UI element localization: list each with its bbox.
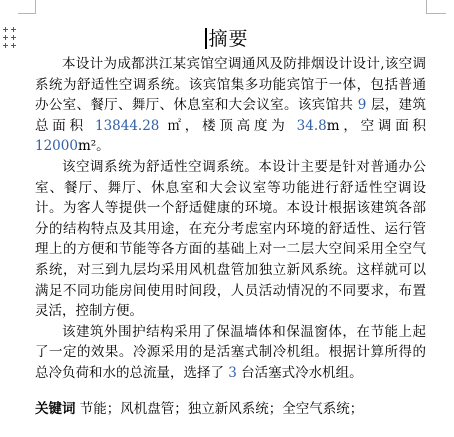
paragraph-envelope-chiller[interactable]: 该建筑外围护结构采用了保温墙体和保温窗体，在节能上起了一定的效果。冷源采用的是活… bbox=[35, 322, 426, 384]
page-margin-crop-mark-right-icon bbox=[426, 0, 446, 14]
text-run-normal: m²。 bbox=[78, 138, 110, 154]
text-run-normal: m，空调面积 bbox=[327, 118, 426, 134]
drag-handle-dot bbox=[11, 43, 16, 48]
document-page[interactable]: 摘要 本设计为成都洪江某宾馆空调通风及防排烟设计设计,该空调系统为舒适性空调系统… bbox=[0, 0, 454, 437]
page-margin-crop-mark-left-icon bbox=[18, 0, 36, 14]
keywords-line[interactable]: 关键词 节能；风机盘管；独立新风系统；全空气系统； bbox=[35, 399, 426, 420]
drag-handle-dot bbox=[11, 35, 16, 40]
text-run-normal: 台活塞式冷水机组。 bbox=[237, 365, 363, 381]
drag-handle-icon[interactable] bbox=[3, 27, 16, 48]
drag-handle-dot bbox=[3, 27, 8, 32]
document-title-text: 摘要 bbox=[208, 28, 248, 50]
drag-handle-dot bbox=[11, 27, 16, 32]
text-run-normal: 该空调系统为舒适性空调系统。本设计主要是针对普通办公室、餐厅、舞厅、休息室和大会… bbox=[35, 159, 426, 319]
text-run-number: 13844.28 bbox=[95, 118, 159, 134]
paragraph-system-design[interactable]: 该空调系统为舒适性空调系统。本设计主要是针对普通办公室、餐厅、舞厅、休息室和大会… bbox=[35, 157, 426, 322]
document-title[interactable]: 摘要 bbox=[0, 24, 454, 51]
drag-handle-dot bbox=[3, 35, 8, 40]
text-run-number: 34.8 bbox=[297, 118, 327, 134]
drag-handle-dot bbox=[3, 43, 8, 48]
document-body: 本设计为成都洪江某宾馆空调通风及防排烟设计设计,该空调系统为舒适性空调系统。该宾… bbox=[35, 54, 426, 419]
text-run-number: 3 bbox=[228, 365, 237, 381]
text-run-number: 12000 bbox=[35, 138, 78, 154]
text-run-bold: 关键词 bbox=[35, 401, 76, 417]
text-run-normal: 节能；风机盘管；独立新风系统；全空气系统； bbox=[76, 401, 364, 417]
paragraph-overview[interactable]: 本设计为成都洪江某宾馆空调通风及防排烟设计设计,该空调系统为舒适性空调系统。该宾… bbox=[35, 54, 426, 157]
text-run-normal: ㎡，楼顶高度为 bbox=[159, 118, 296, 134]
